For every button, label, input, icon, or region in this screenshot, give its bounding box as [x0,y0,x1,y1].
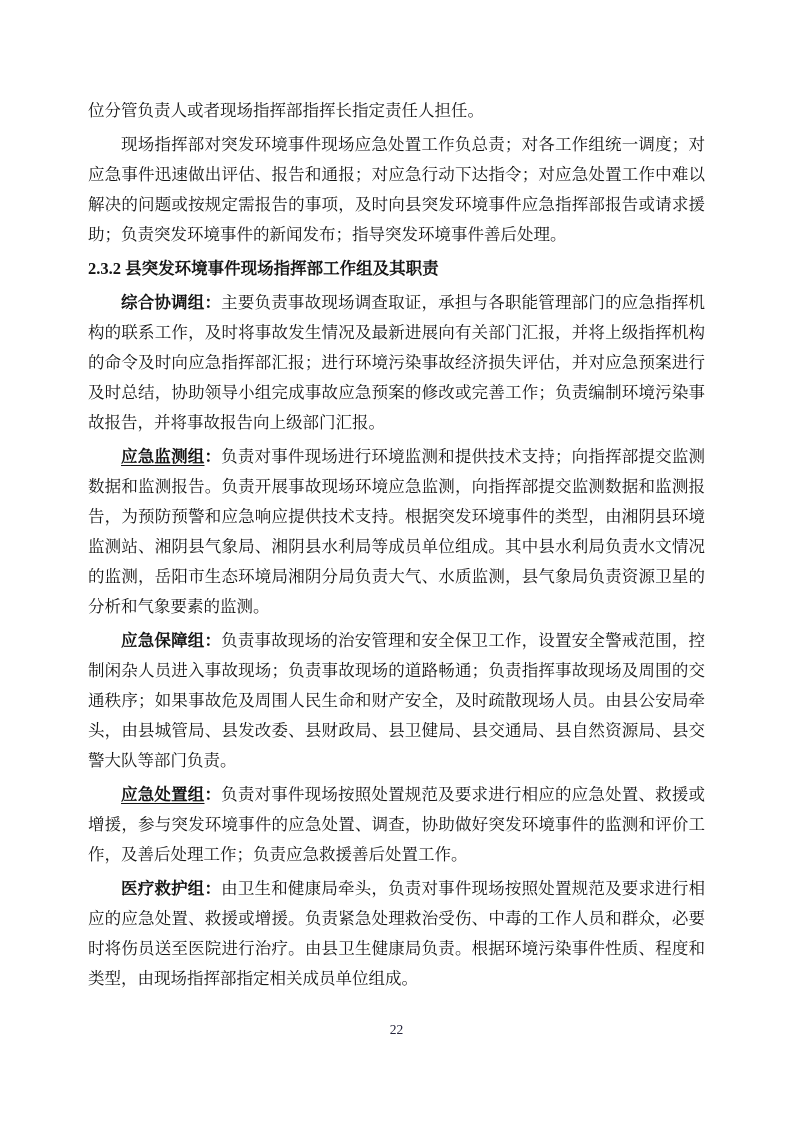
group-text-emergency-support: 负责事故现场的治安管理和安全保卫工作，设置安全警戒范围，控制闲杂人员进入事故现场… [88,631,705,770]
group-label-colon: ： [204,447,221,466]
group-label-emergency-disposal: 应急处置组 [121,785,204,804]
group-text-comprehensive-coordination: 主要负责事故现场调查取证，承担与各职能管理部门的应急指挥机构的联系工作，及时将事… [88,293,705,432]
group-label-comprehensive-coordination: 综合协调组 [121,293,204,312]
paragraph-group-medical-rescue: 医疗救护组：由卫生和健康局牵头，负责对事件现场按照处置规范及要求进行相应的应急处… [88,874,705,994]
page-number: 22 [0,1022,793,1038]
group-label-medical-rescue: 医疗救护组 [121,879,204,898]
group-label-colon: ： [204,293,221,312]
group-label-colon: ： [204,631,221,650]
paragraph-group-emergency-monitoring: 应急监测组：负责对事件现场进行环境监测和提供技术支持；向指挥部提交监测数据和监测… [88,442,705,622]
group-label-emergency-support: 应急保障组 [121,631,204,650]
paragraph-field-hq-responsibilities: 现场指挥部对突发环境事件现场应急处置工作负总责；对各工作组统一调度；对应急事件迅… [88,130,705,250]
paragraph-group-emergency-disposal: 应急处置组：负责对事件现场按照处置规范及要求进行相应的应急处置、救援或增援，参与… [88,780,705,870]
section-heading-2-3-2: 2.3.2 县突发环境事件现场指挥部工作组及其职责 [88,254,705,284]
group-label-colon: ： [204,785,221,804]
group-label-colon: ： [204,879,221,898]
paragraph-group-comprehensive-coordination: 综合协调组：主要负责事故现场调查取证，承担与各职能管理部门的应急指挥机构的联系工… [88,288,705,438]
paragraph-group-emergency-support: 应急保障组：负责事故现场的治安管理和安全保卫工作，设置安全警戒范围，控制闲杂人员… [88,626,705,776]
paragraph-continuation-line: 位分管负责人或者现场指挥部指挥长指定责任人担任。 [88,96,705,126]
document-page: 位分管负责人或者现场指挥部指挥长指定责任人担任。 现场指挥部对突发环境事件现场应… [0,0,793,1122]
group-text-emergency-monitoring: 负责对事件现场进行环境监测和提供技术支持；向指挥部提交监测数据和监测报告。负责开… [88,447,705,616]
group-label-emergency-monitoring: 应急监测组 [121,447,204,466]
